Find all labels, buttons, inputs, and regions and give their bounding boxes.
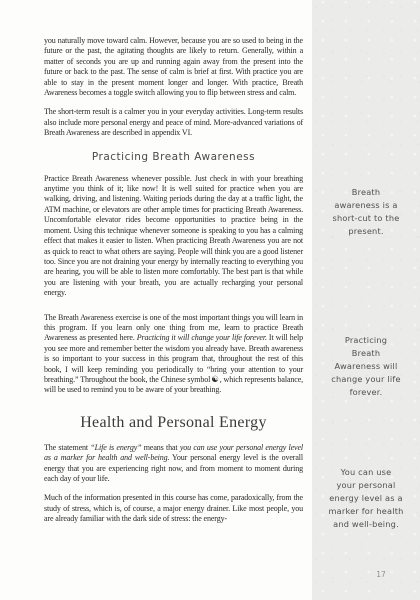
book-page: you naturally move toward calm. However,… [0, 0, 420, 600]
body-paragraph: The Breath Awareness exercise is one of … [44, 313, 303, 396]
margin-note: Practicing Breath Awareness will change … [312, 334, 420, 399]
body-text-column: you naturally move toward calm. However,… [44, 36, 303, 534]
page-number: 17 [366, 570, 396, 579]
chapter-heading: Health and Personal Energy [44, 413, 303, 433]
body-paragraph: Much of the information presented in thi… [44, 493, 303, 524]
section-heading: Practicing Breath Awareness [44, 150, 303, 165]
margin-note: You can use your personal energy level a… [312, 466, 420, 531]
body-paragraph: you naturally move toward calm. However,… [44, 36, 303, 98]
margin-note: Breath awareness is a short-cut to the p… [312, 186, 420, 238]
body-paragraph: The short-term result is a calmer you in… [44, 107, 303, 138]
body-paragraph: Practice Breath Awareness whenever possi… [44, 174, 303, 299]
body-paragraph: The statement “Life is energy” means tha… [44, 443, 303, 485]
yin-yang-icon: ☯ [211, 375, 219, 385]
